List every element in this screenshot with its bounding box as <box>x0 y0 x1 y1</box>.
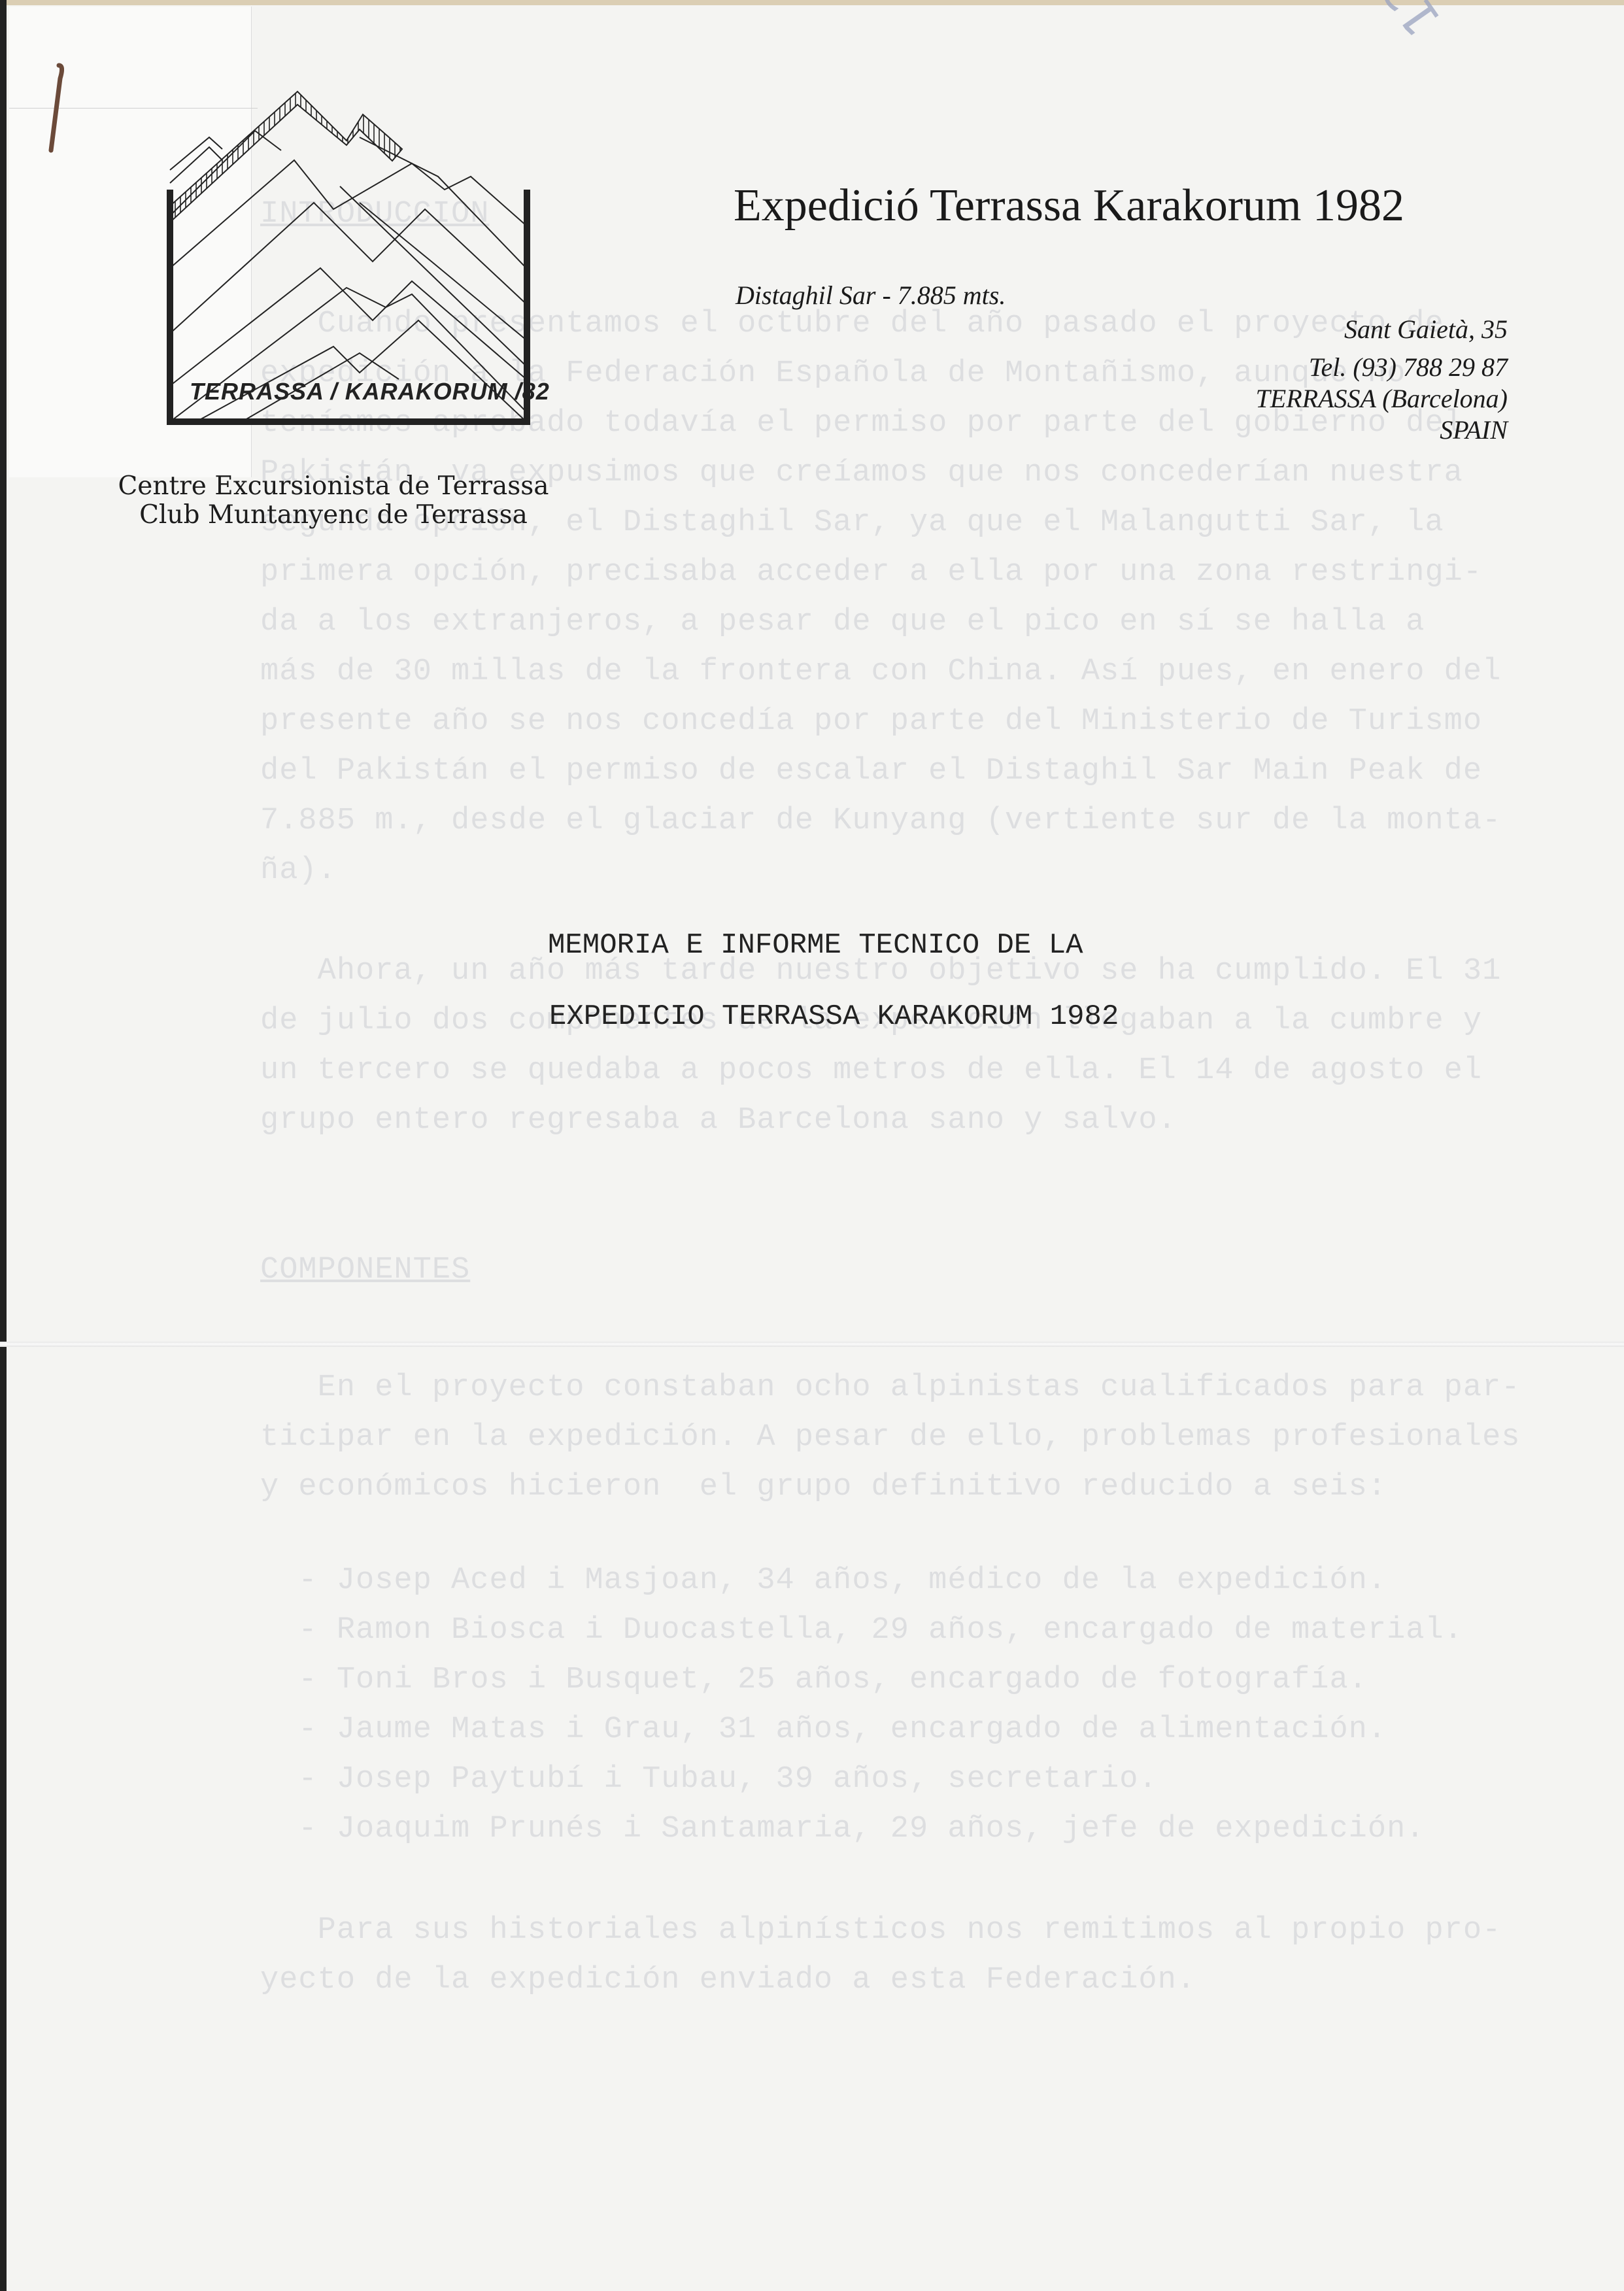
scan-left-edge <box>0 0 7 2291</box>
letterhead-title: Expedició Terrassa Karakorum 1982 <box>734 180 1404 232</box>
logo-caption: TERRASSA / KARAKORUM /82 <box>190 378 550 405</box>
paper-fold-line <box>0 1342 1624 1347</box>
document-heading-line-2: EXPEDICIO TERRASSA KARAKORUM 1982 <box>548 981 1119 1053</box>
address-street: Sant Gaietà, 35 <box>1256 314 1508 345</box>
handwritten-annotation: 12.2.333 <box>1282 0 1451 46</box>
ghost-paragraph-3: En el proyecto constaban ocho alpinistas… <box>260 1363 1521 1512</box>
address-phone: Tel. (93) 788 29 87 <box>1256 352 1508 383</box>
ghost-heading-componentes: COMPONENTES <box>260 1246 470 1295</box>
address-block: Sant Gaietà, 35 Tel. (93) 788 29 87 TERR… <box>1256 314 1508 446</box>
organization-name: Club Muntanyenc de Terrassa <box>105 501 562 530</box>
document-heading: MEMORIA E INFORME TECNICO DE LAEXPEDICIO… <box>548 910 1119 1053</box>
organizations: Centre Excursionista de Terrassa Club Mu… <box>105 472 562 530</box>
address-country: SPAIN <box>1256 415 1508 446</box>
ghost-paragraph-4: Para sus historiales alpinísticos nos re… <box>260 1906 1501 2005</box>
staple-icon <box>46 59 64 157</box>
organization-name: Centre Excursionista de Terrassa <box>105 472 562 501</box>
peak-subtitle: Distaghil Sar - 7.885 mts. <box>736 280 1006 311</box>
expedition-mountain-logo <box>163 72 536 425</box>
ghost-member-list: - Josep Aced i Masjoan, 34 años, médico … <box>260 1556 1463 1854</box>
address-city: TERRASSA (Barcelona) <box>1256 383 1508 415</box>
document-heading-line-1: MEMORIA E INFORME TECNICO DE LA <box>548 910 1119 981</box>
